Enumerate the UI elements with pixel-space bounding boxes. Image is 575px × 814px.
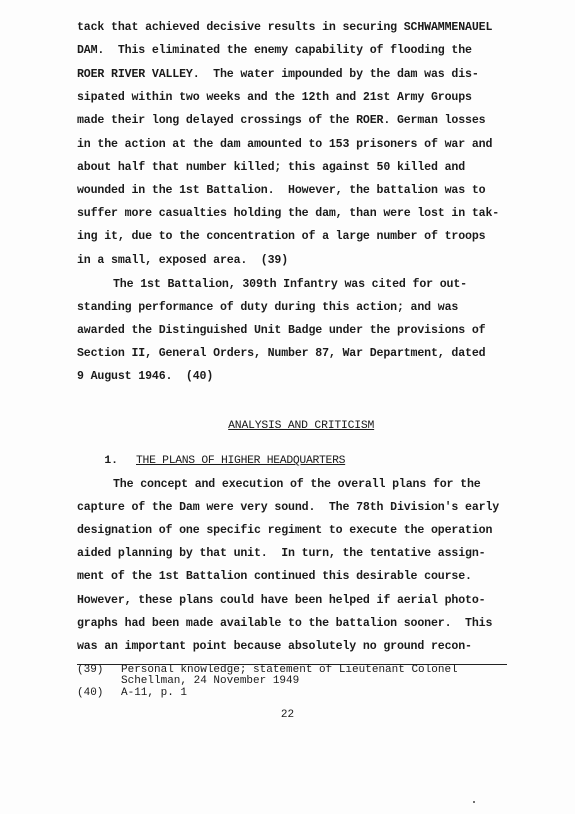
text-line: about half that number killed; this agai… (77, 161, 465, 175)
text-line: in a small, exposed area. (39) (77, 254, 288, 268)
text-line: The concept and execution of the overall… (113, 478, 481, 492)
text-line: ment of the 1st Battalion continued this… (77, 570, 472, 584)
text-line: wounded in the 1st Battalion. However, t… (77, 184, 485, 198)
text-line: graphs had been made available to the ba… (77, 617, 492, 631)
document-page: tack that achieved decisive results in s… (0, 0, 575, 814)
text-line: The 1st Battalion, 309th Infantry was ci… (113, 278, 467, 292)
text-line: was an important point because absolutel… (77, 640, 472, 654)
text-line: DAM. This eliminated the enemy capabilit… (77, 44, 472, 58)
text-line: standing performance of duty during this… (77, 301, 458, 315)
section-heading-text: ANALYSIS AND CRITICISM (228, 420, 374, 432)
footnote-number: (39) (77, 665, 103, 676)
footnote-number: (40) (77, 688, 103, 699)
text-line: sipated within two weeks and the 12th an… (77, 91, 472, 105)
text-line: ing it, due to the concentration of a la… (77, 230, 485, 244)
text-line: designation of one specific regiment to … (77, 524, 492, 538)
subsection-title: THE PLANS OF HIGHER HEADQUARTERS (136, 455, 345, 467)
text-line: made their long delayed crossings of the… (77, 114, 485, 128)
page-number: 22 (0, 709, 575, 721)
footnote-text: Schellman, 24 November 1949 (121, 676, 299, 687)
text-line: suffer more casualties holding the dam, … (77, 207, 499, 221)
text-line: capture of the Dam were very sound. The … (77, 501, 499, 515)
section-heading: ANALYSIS AND CRITICISM (0, 408, 575, 444)
text-line: awarded the Distinguished Unit Badge und… (77, 324, 485, 338)
text-line: 9 August 1946. (40) (77, 370, 213, 384)
text-line: in the action at the dam amounted to 153… (77, 138, 492, 152)
text-line: aided planning by that unit. In turn, th… (77, 547, 485, 561)
text-line: However, these plans could have been hel… (77, 594, 485, 608)
text-line: Section II, General Orders, Number 87, W… (77, 347, 485, 361)
text-line: ROER RIVER VALLEY. The water impounded b… (77, 68, 479, 82)
footnote-text: A-11, p. 1 (121, 688, 187, 699)
subsection-heading: 1.THE PLANS OF HIGHER HEADQUARTERS (77, 443, 345, 479)
text-line: tack that achieved decisive results in s… (77, 21, 492, 35)
scan-speck (473, 801, 475, 803)
subsection-number: 1. (104, 455, 118, 467)
